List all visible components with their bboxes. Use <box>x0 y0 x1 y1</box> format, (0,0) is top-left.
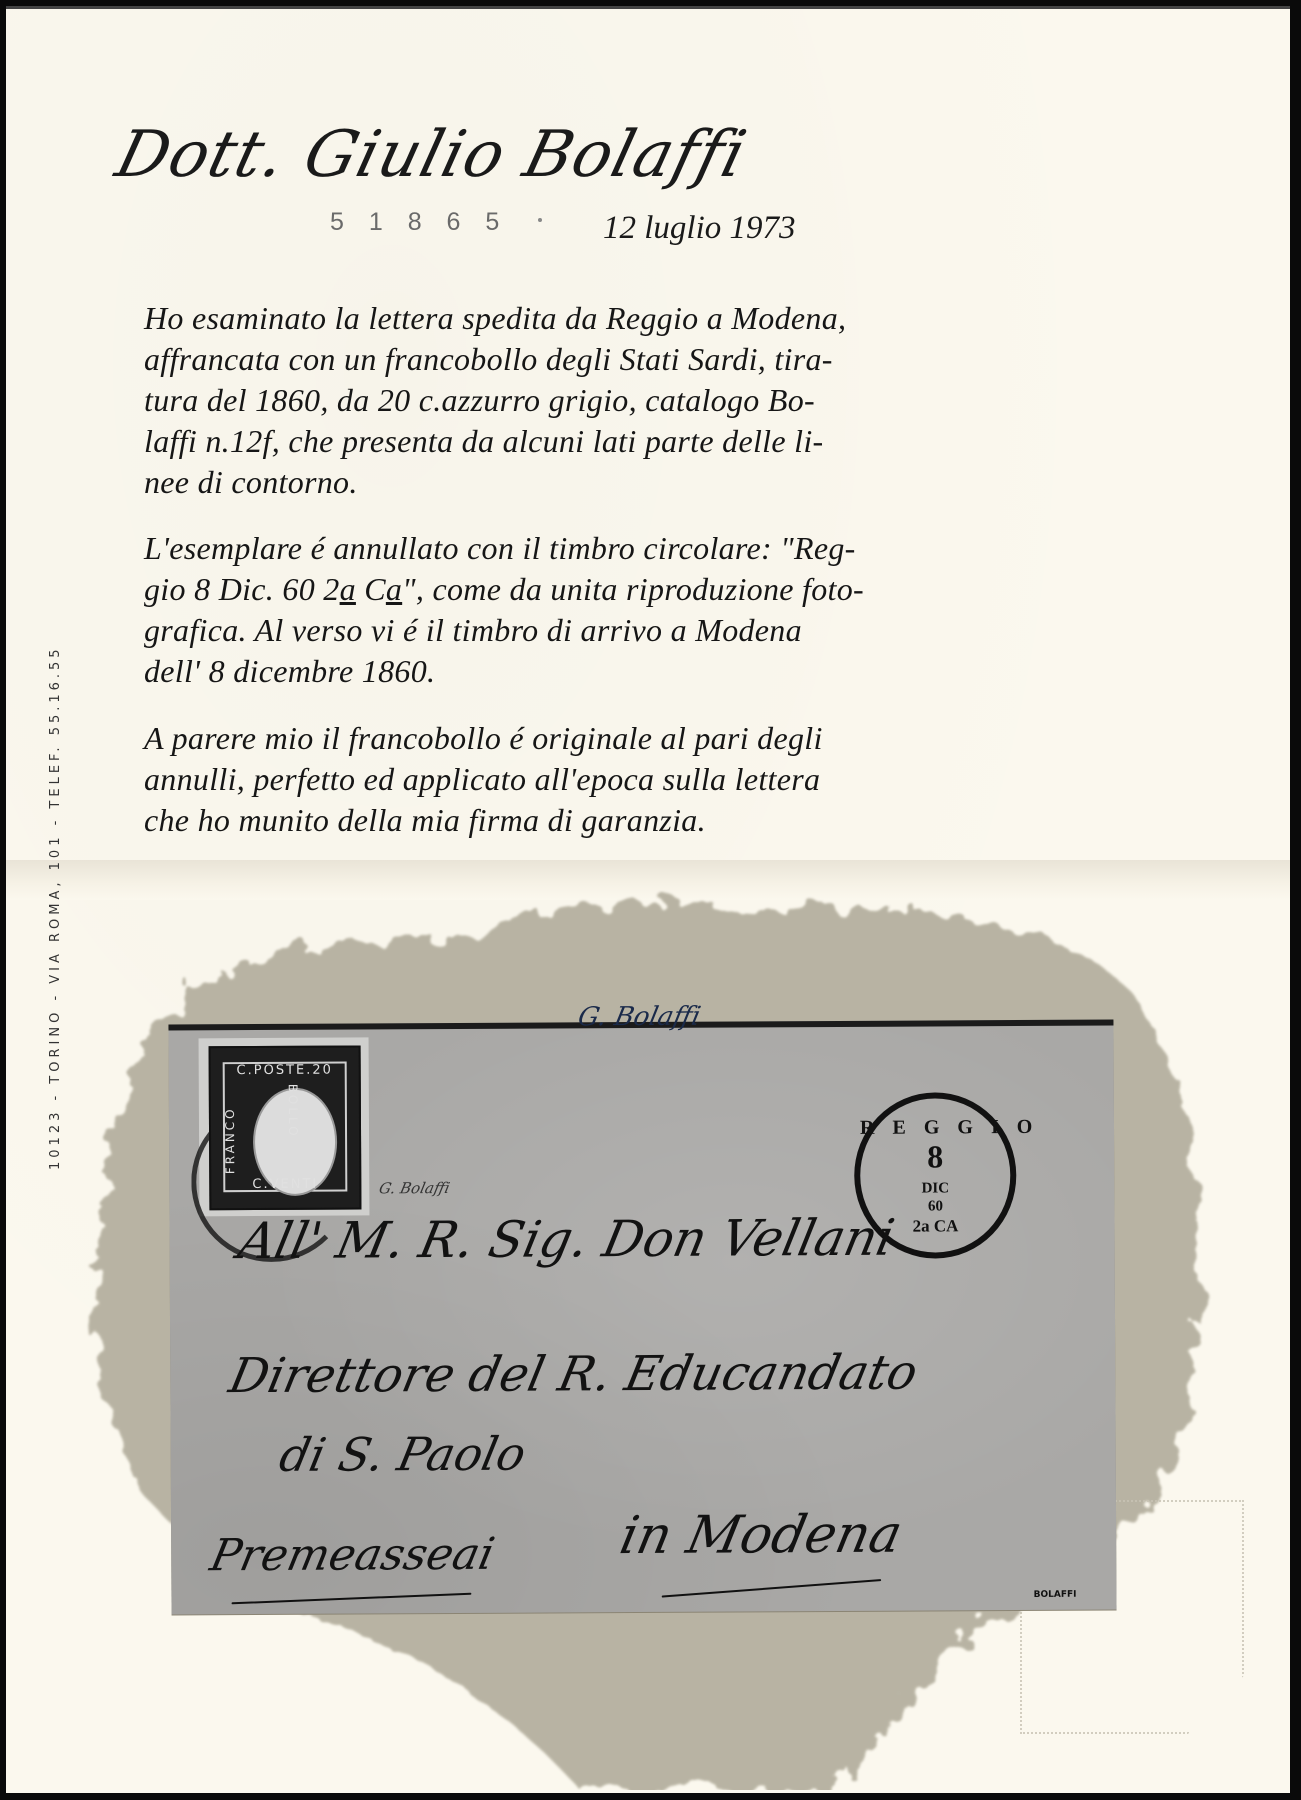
postmark-day: 8 <box>860 1138 1010 1176</box>
text-segment: C <box>356 571 386 607</box>
expert-signature-small: G. Bolaffi <box>377 1179 451 1197</box>
postmark-month: DIC <box>860 1180 1010 1198</box>
expert-signature: G. Bolaffi <box>575 1002 703 1033</box>
stamp-left-text: FRANCO <box>223 1106 237 1174</box>
letterhead-name: Dott. Giulio Bolaffi <box>109 118 754 192</box>
address-note: Premeasseai <box>206 1529 499 1582</box>
flourish-underline <box>232 1593 472 1605</box>
postage-stamp: C.POSTE.20 FRANCO BOLLO C.VENTI <box>209 1045 362 1210</box>
certificate-date: 12 luglio 1973 <box>603 210 796 247</box>
address-line-3: di S. Paolo <box>275 1427 531 1482</box>
postmark-town: REGGIO <box>860 1116 1010 1140</box>
separator-dot <box>538 218 542 222</box>
bolaffi-mark: BOLAFFI <box>1034 1590 1077 1600</box>
flourish-underline <box>662 1579 882 1597</box>
paragraph-text: L'esemplare é annullato con il timbro ci… <box>144 528 1144 692</box>
address-line-2: Direttore del R. Educandato <box>224 1345 922 1405</box>
stamp-bottom-text: C.VENTI <box>225 1177 345 1193</box>
stamp-right-text: BOLLO <box>286 1084 300 1139</box>
paragraph-text: A parere mio il francobollo é originale … <box>144 718 1144 841</box>
address-line-1: All' M. R. Sig. Don Vellani <box>234 1209 900 1270</box>
stamp-top-text: C.POSTE.20 <box>225 1063 345 1079</box>
certificate-paragraph-2: L'esemplare é annullato con il timbro ci… <box>144 528 1144 692</box>
certificate-number: 5 1 8 6 5 <box>330 208 508 237</box>
underlined-superscript: a <box>340 571 356 607</box>
address-line-4: in Modena <box>615 1505 907 1567</box>
stamp-frame: C.POSTE.20 FRANCO BOLLO C.VENTI <box>223 1062 348 1193</box>
underlined-superscript: a <box>386 571 402 607</box>
certificate-paragraph-3: A parere mio il francobollo é originale … <box>144 718 1144 841</box>
paragraph-text: Ho esaminato la lettera spedita da Reggi… <box>144 298 1144 503</box>
certificate-paragraph-1: Ho esaminato la lettera spedita da Reggi… <box>144 298 1144 503</box>
envelope-photo: C.POSTE.20 FRANCO BOLLO C.VENTI REGGIO 8… <box>168 1020 1116 1615</box>
side-address: 10123 - TORINO - VIA ROMA, 101 - TELEF. … <box>48 645 63 1170</box>
